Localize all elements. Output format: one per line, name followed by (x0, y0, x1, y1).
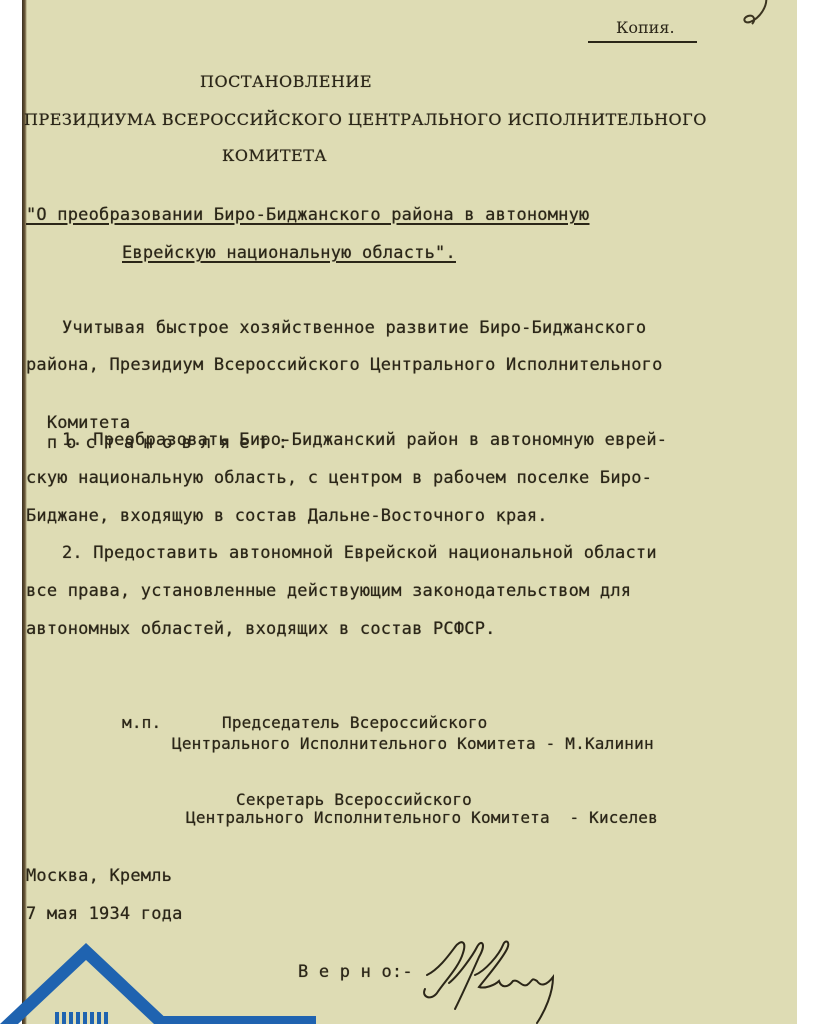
house-logo-icon (0, 930, 340, 1024)
seal-mark: м.п. (122, 713, 161, 732)
date: 7 мая 1934 года (26, 904, 183, 924)
title-line-3: КОМИТЕТА (222, 146, 327, 165)
item-2-line-1: 2. Предоставить автономной Еврейской нац… (62, 543, 657, 563)
title-line-2: ПРЕЗИДИУМА ВСЕРОССИЙСКОГО ЦЕНТРАЛЬНОГО И… (24, 110, 707, 129)
secretary-signature-line: Центрального Исполнительного Комитета - … (186, 808, 658, 827)
item-2-line-3: автономных областей, входящих в состав Р… (26, 619, 496, 639)
handwritten-signature (415, 935, 585, 1024)
title-line-1: ПОСТАНОВЛЕНИЕ (200, 72, 372, 91)
copy-mark: Копия. (588, 18, 697, 43)
chairman-title: Председатель Всероссийского (222, 713, 488, 732)
subject-line-2: Еврейскую национальную область". (122, 243, 456, 263)
handwritten-page-number (738, 0, 778, 30)
preamble-line-2: района, Президиум Всероссийского Централ… (26, 355, 663, 375)
item-2-line-2: все права, установленные действующим зак… (26, 581, 631, 601)
chairman-signature-line: Центрального Исполнительного Комитета - … (172, 734, 654, 753)
item-1-line-2: скую национальную область, с центром в р… (26, 468, 652, 488)
item-1-line-3: Биджане, входящую в состав Дальне-Восточ… (26, 506, 548, 526)
place: Москва, Кремль (26, 866, 172, 886)
secretary-title: Секретарь Всероссийского (236, 790, 472, 809)
item-1-line-1: 1. Преобразовать Биро-Биджанский район в… (62, 430, 667, 450)
preamble-line-1: Учитывая быстрое хозяйственное развитие … (62, 318, 646, 338)
subject-line-1: "О преобразовании Биро-Биджанского район… (26, 205, 589, 225)
